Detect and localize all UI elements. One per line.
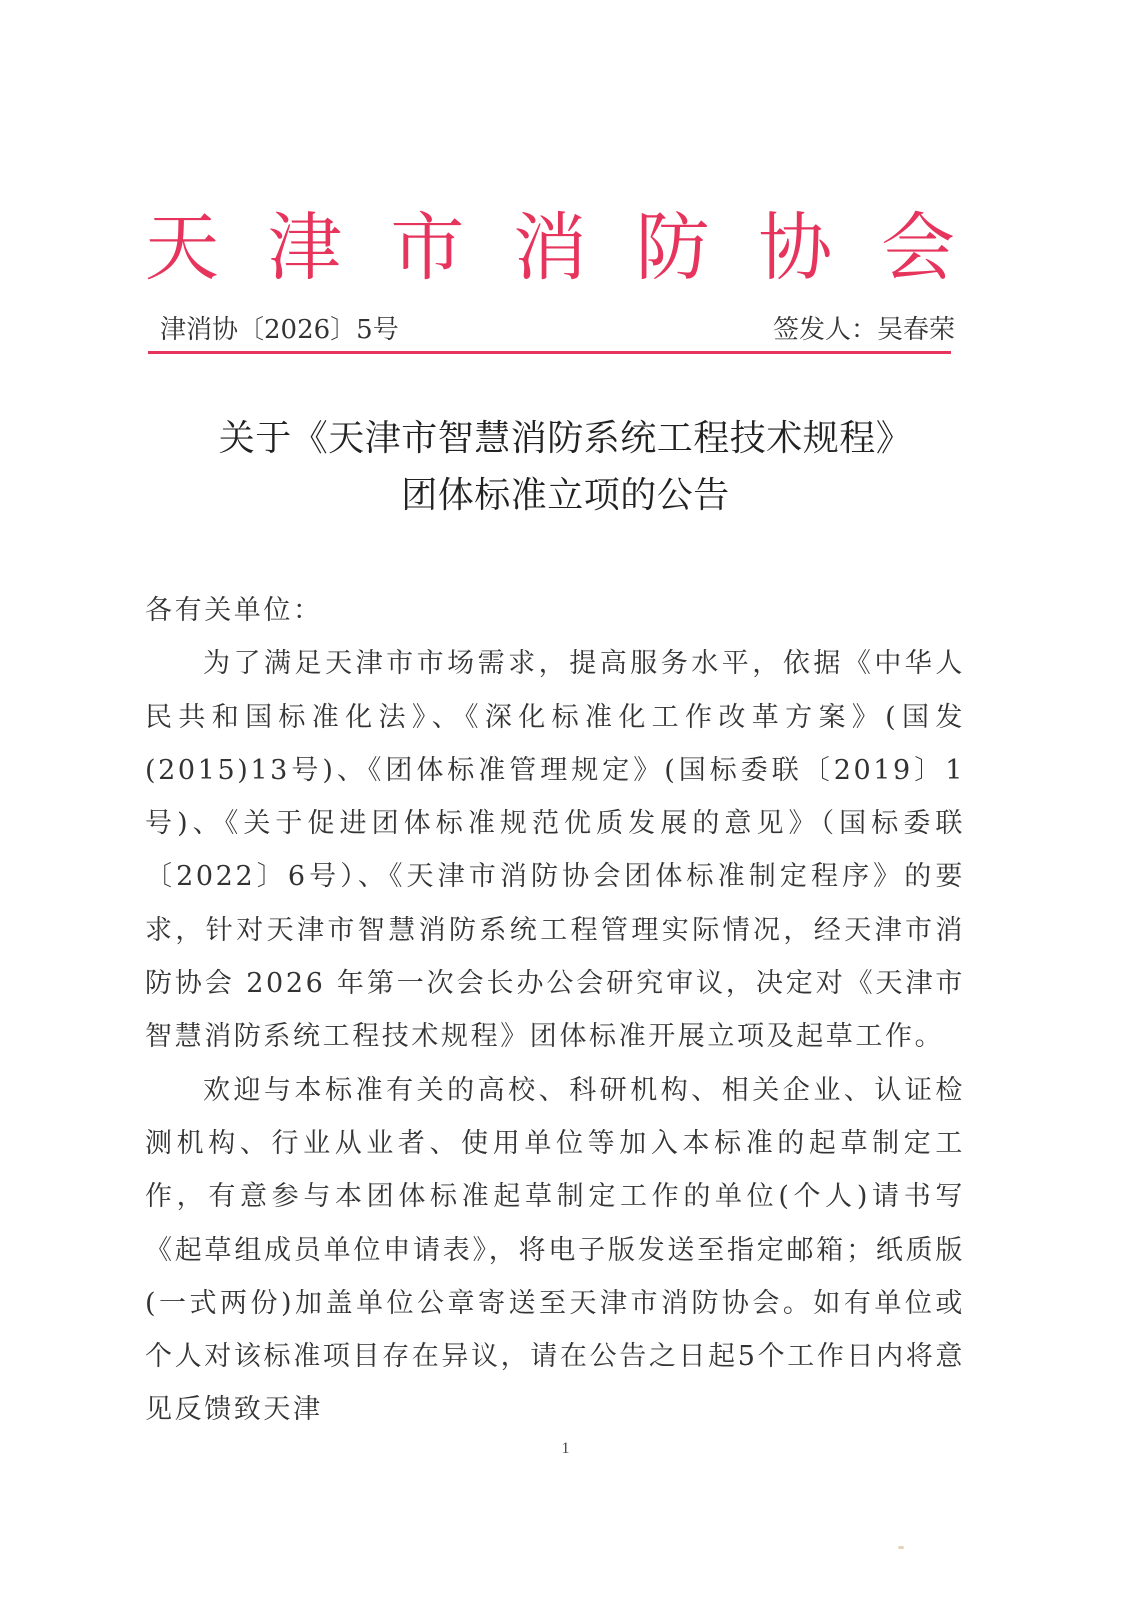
document-number: 津消协〔2026〕5号 bbox=[160, 312, 399, 348]
title-line-1: 关于《天津市智慧消防系统工程技术规程》 bbox=[0, 410, 1131, 467]
org-name-char: 会 bbox=[881, 203, 955, 293]
scan-speck bbox=[898, 1546, 904, 1549]
title-line-2: 团体标准立项的公告 bbox=[0, 467, 1131, 524]
org-name-char: 天 bbox=[145, 203, 219, 293]
body-paragraph: 欢迎与本标准有关的高校、科研机构、相关企业、认证检测机构、行业从业者、使用单位等… bbox=[145, 1064, 965, 1437]
org-name-char: 市 bbox=[390, 203, 464, 293]
red-header-divider bbox=[148, 351, 951, 354]
issuer-signature: 签发人：吴春荣 bbox=[773, 312, 955, 348]
page-number: 1 bbox=[0, 1440, 1131, 1458]
body-paragraph: 为了满足天津市市场需求，提高服务水平，依据《中华人民共和国标准化法》、《深化标准… bbox=[145, 637, 965, 1063]
salutation: 各有关单位： bbox=[145, 584, 965, 637]
org-name-char: 协 bbox=[758, 203, 832, 293]
document-body: 各有关单位： 为了满足天津市市场需求，提高服务水平，依据《中华人民共和国标准化法… bbox=[145, 584, 965, 1437]
organization-name-header: 天 津 市 消 防 协 会 bbox=[145, 203, 955, 293]
org-name-char: 津 bbox=[268, 203, 342, 293]
document-title: 关于《天津市智慧消防系统工程技术规程》 团体标准立项的公告 bbox=[0, 410, 1131, 524]
org-name-char: 防 bbox=[636, 203, 710, 293]
org-name-char: 消 bbox=[513, 203, 587, 293]
